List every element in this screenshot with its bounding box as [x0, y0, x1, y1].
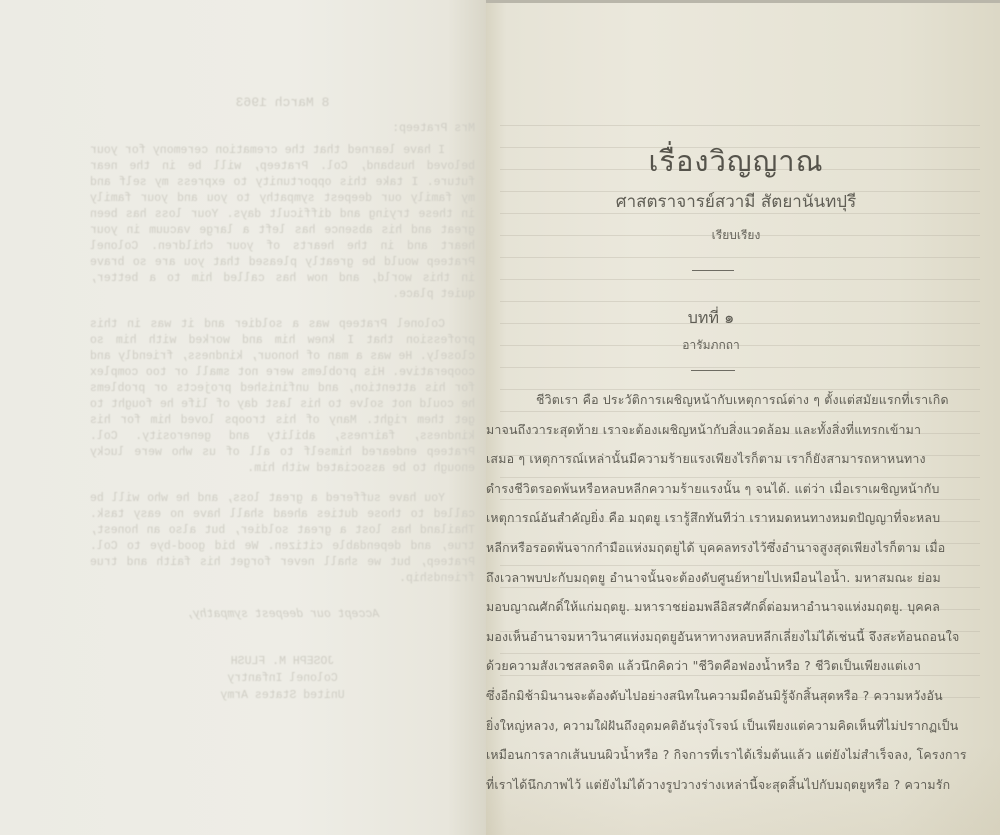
signature-org: United States Army	[90, 687, 475, 704]
letter-closing: Accept our deepest sympathy,	[90, 607, 475, 623]
text-line: ด้วยความสังเวชสลดจิต แล้วนึกคิดว่า "ชีวิ…	[486, 657, 986, 687]
divider	[691, 370, 735, 371]
text-line: หลีกหรือรอดพ้นจากกำมือแห่งมฤตยูได้ บุคคล…	[486, 539, 986, 569]
open-book-spread: 8 March 1963 Mrs Prateep: I have learned…	[0, 0, 1000, 835]
text-line: มอบญาณศักดิ์ให้แก่มฤตยู. มหาราชย่อมพลีอิ…	[486, 598, 986, 628]
signature-name: JOSEPH M. FLUSH	[90, 653, 475, 670]
left-page: 8 March 1963 Mrs Prateep: I have learned…	[0, 0, 486, 835]
text-line: ดำรงชีวิตรอดพ้นหรือหลบหลีกความร้ายแรงนั้…	[486, 480, 986, 510]
letter-salutation: Mrs Prateep:	[90, 121, 475, 137]
body-text: ชีวิตเรา คือ ประวัติการเผชิญหน้ากับเหตุก…	[486, 391, 986, 805]
author-name: ศาสตราจารย์สวามี สัตยานันทปุรี	[526, 188, 946, 215]
chapter-title: อารัมภกถา	[636, 336, 786, 355]
letter-paragraph: You have suffered a great loss, and he w…	[90, 491, 475, 587]
letter-date: 8 March 1963	[90, 95, 475, 111]
text-line: ชีวิตเรา คือ ประวัติการเผชิญหน้ากับเหตุก…	[486, 391, 986, 421]
letter-paragraph: Colonel Prateep was a soldier and it was…	[90, 317, 475, 477]
text-line: มองเห็นอำนาจมหาวินาศแห่งมฤตยูอันหาทางหลบ…	[486, 628, 986, 658]
text-line: ยิ่งใหญ่หลวง, ความใฝ่ฝันถึงอุดมคติอันรุ่…	[486, 717, 986, 747]
divider	[692, 270, 734, 271]
text-line: ที่เราได้นึกภาพไว้ แต่ยังไม่ได้วางรูปวาง…	[486, 776, 986, 806]
text-line: มาจนถึงวาระสุดท้าย เราจะต้องเผชิญหน้ากับ…	[486, 421, 986, 451]
compiled-by-label: เรียบเรียง	[636, 226, 836, 245]
text-line: เสมอ ๆ เหตุการณ์เหล่านั้นมีความร้ายแรงเพ…	[486, 450, 986, 480]
letter-paragraph: I have learned that the cremation ceremo…	[90, 143, 475, 303]
text-line: ซึ่งอีกมิช้ามินานจะต้องดับไปอย่างสนิทในค…	[486, 687, 986, 717]
text-line: เหตุการณ์อันสำคัญยิ่ง คือ มฤตยู เรารู้สึ…	[486, 509, 986, 539]
book-title: เรื่องวิญญาณ	[586, 138, 886, 184]
chapter-number: บทที่ ๑	[636, 306, 786, 331]
right-page-content: เรื่องวิญญาณ ศาสตราจารย์สวามี สัตยานันทป…	[486, 0, 1000, 835]
signature-rank: Colonel Infantry	[90, 670, 475, 687]
text-line: ถึงเวลาพบปะกับมฤตยู อำนาจนั้นจะต้องดับศู…	[486, 569, 986, 599]
text-line: เหมือนการลากเส้นบนผิวน้ำหรือ ? กิจการที่…	[486, 746, 986, 776]
mirrored-showthrough-letter: 8 March 1963 Mrs Prateep: I have learned…	[90, 95, 475, 704]
